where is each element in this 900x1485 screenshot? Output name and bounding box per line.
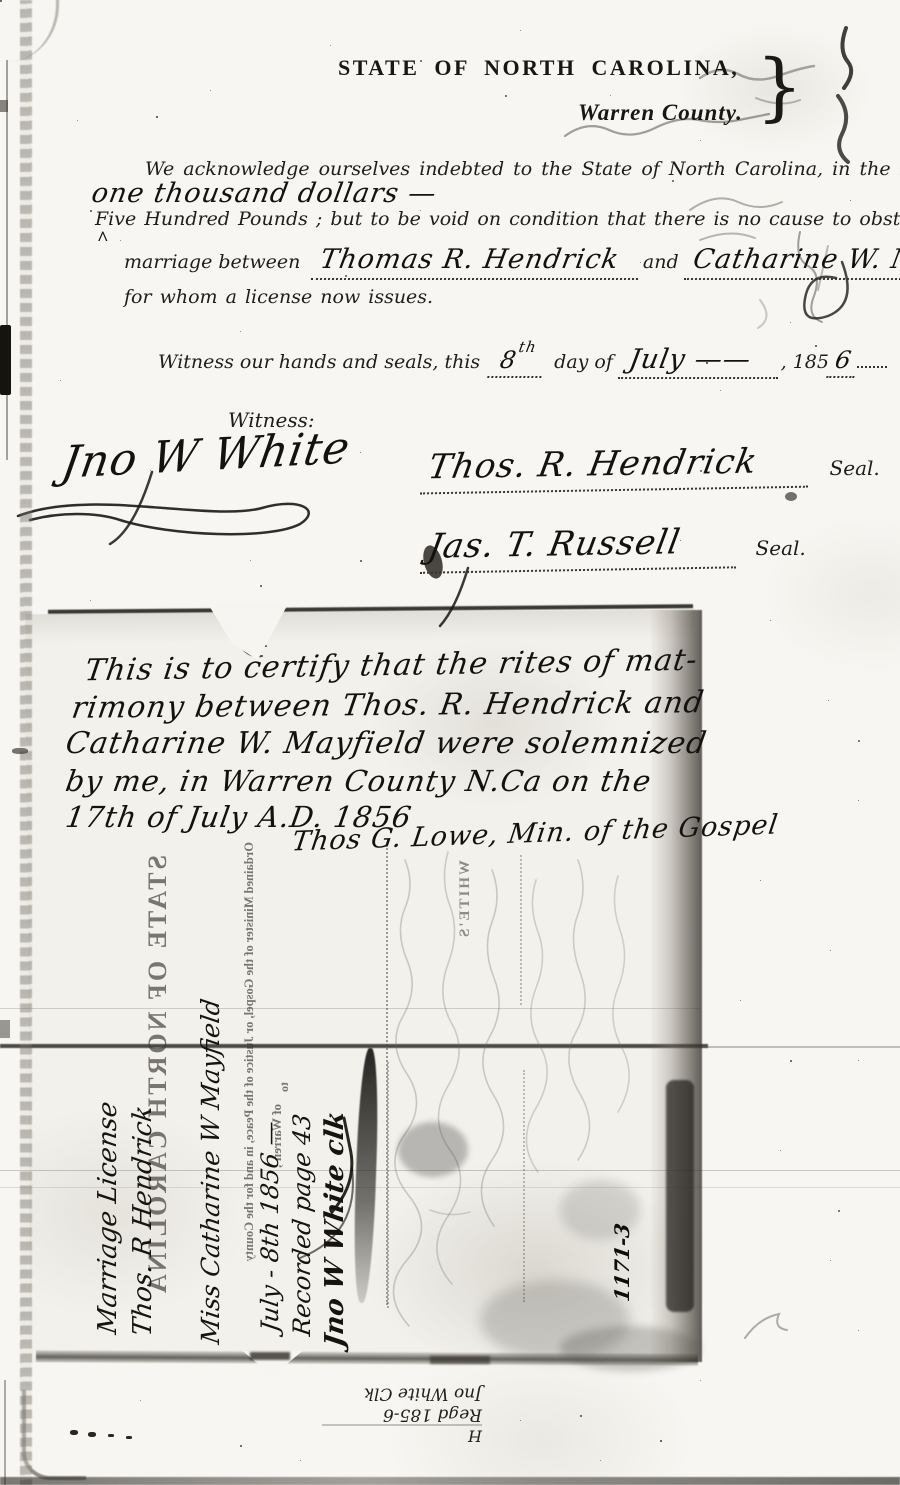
fold-line-strong-right	[700, 1046, 900, 1048]
docket-bride: Miss Catharine W Mayfield	[198, 997, 223, 1345]
bottom-note-mid: Regd 185-6	[322, 1403, 482, 1425]
docket-clerk: Jno W White clk	[322, 1110, 348, 1349]
docket-groom: Thos. R Hendrick	[130, 1104, 156, 1338]
page-topleft-curl	[0, 0, 59, 62]
fold-line-strong	[0, 1044, 708, 1048]
page-bottomleft-corner	[22, 1390, 86, 1480]
docket-date: July - 8th 1856 —	[258, 1120, 282, 1334]
bondsman-seal-label: Seal.	[756, 536, 806, 560]
bride-name-handwritten: Catharine W. Mayfield	[683, 244, 900, 280]
page-bottom-edge	[0, 1477, 900, 1485]
page-left-mark-2	[12, 748, 28, 754]
year-printed: , 185	[781, 351, 829, 373]
backsheet-right-band-dark	[666, 1080, 694, 1312]
verso-dotted-rule-3	[520, 855, 522, 1005]
month-handwritten: July ——	[618, 344, 784, 379]
fold-line-faint-upper	[0, 1008, 700, 1009]
certificate-line-3: Catharine W. Mayfield were solemnized	[63, 726, 709, 761]
bondsman-signature-row: Jas. T. Russell Seal.	[424, 524, 806, 571]
bottom-notes: H Regd 185-6 Jno White Clk	[322, 1382, 482, 1446]
bottomleft-ink-dots	[70, 1430, 78, 1435]
page-left-edge-line	[6, 60, 8, 460]
bond-sum-insert: one thousand dollars —	[89, 178, 439, 209]
document-page: STATE OF NORTH CAROLINA Ordained Ministe…	[0, 0, 900, 1485]
bond-and-word: and	[643, 251, 679, 273]
bond-indebted-line: We acknowledge ourselves indebted to the…	[145, 158, 900, 180]
groom-seal-label: Seal.	[830, 456, 880, 480]
header-state-line: STATE OF NORTH CAROLINA,	[338, 55, 739, 81]
year-digit-handwritten: 6	[826, 346, 860, 378]
bond-names-line: marriage between Thomas R. Hendrick and …	[124, 244, 900, 280]
page-left-black-bar	[0, 325, 11, 395]
verso-to-print: to	[278, 1082, 290, 1092]
year-trailing-dots	[857, 352, 887, 368]
bond-witness-seals-line: Witness our hands and seals, this 8th da…	[158, 344, 887, 379]
ink-smudge-1	[398, 1122, 468, 1177]
ink-dot-hendrick	[785, 492, 797, 501]
verso-dotted-rule-4	[523, 1070, 525, 1302]
day-ordinal: th	[518, 338, 539, 356]
backsheet-bottom-blot-2	[430, 1356, 490, 1364]
bond-license-line: for whom a license now issues.	[124, 286, 433, 308]
day-number-handwritten: 8th	[487, 346, 547, 378]
docket-recorded: Recorded page 43	[290, 1112, 314, 1337]
witness-signature: Jno W White	[58, 422, 354, 489]
edge-note: 1171-3	[612, 1222, 632, 1303]
header-county-line: Warren County.	[578, 100, 743, 126]
bondsman-signature: Jas. T. Russell	[420, 521, 744, 574]
witness-seals-text: Witness our hands and seals, this	[158, 351, 480, 373]
groom-signature: Thos. R. Hendrick	[420, 441, 816, 495]
day-number: 8	[498, 346, 519, 374]
page-left-edge	[20, 0, 32, 1485]
page-left-mark-3	[0, 1020, 10, 1038]
bottom-note-low: H	[322, 1426, 482, 1446]
bond-marriage-between: marriage between	[124, 251, 300, 273]
bond-penalty-line: Five Hundred Pounds ; but to be void on …	[95, 208, 900, 230]
certificate-line-2: rimony between Thos. R. Hendrick and	[69, 685, 706, 726]
backsheet-bottom-blot-1	[250, 1352, 290, 1360]
groom-name-handwritten: Thomas R. Hendrick	[311, 244, 644, 280]
bottom-note-top: Jno White Clk	[322, 1382, 482, 1403]
verso-dotted-rule-2	[387, 1062, 389, 1308]
header-brace: }	[756, 44, 803, 130]
certificate-line-4: by me, in Warren County N.Ca on the	[63, 764, 654, 798]
docket-title: Marriage License	[95, 1100, 121, 1336]
verso-whites-print: WHITE'S	[458, 860, 473, 939]
groom-signature-row: Thos. R. Hendrick Seal.	[424, 444, 880, 491]
day-of-text: day of	[554, 351, 613, 373]
page-left-mark-1	[0, 100, 8, 112]
ink-smudge-2	[480, 1280, 630, 1360]
verso-minister-print: Ordained Minister of the Gospel, or Just…	[243, 842, 256, 1261]
page-left-edge-line-2	[4, 1380, 6, 1485]
bond-caret: ^	[97, 228, 109, 251]
